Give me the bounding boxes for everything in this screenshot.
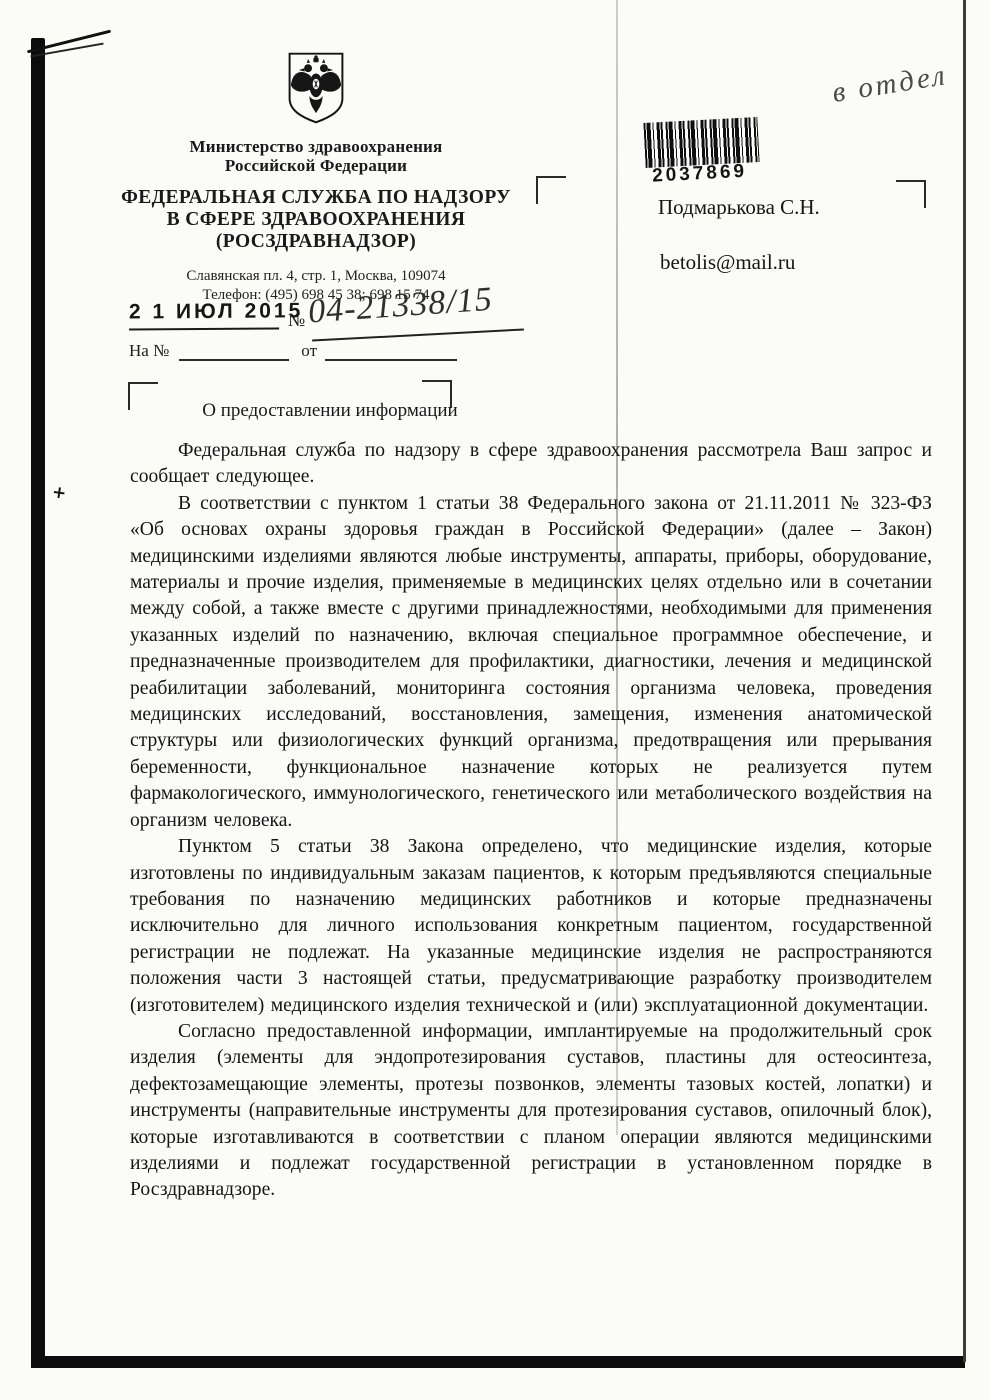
reply-label: На №: [129, 341, 169, 360]
scan-edge-right: [963, 0, 966, 1362]
handwritten-number-underline: [312, 328, 524, 341]
reply-reference-row: На №от: [129, 341, 457, 361]
body-paragraph: В соответствии с пунктом 1 статьи 38 Фед…: [130, 491, 932, 834]
ministry-name-line1: Министерство здравоохранения: [98, 137, 534, 156]
corner-bracket-recipient-right: [896, 180, 926, 208]
recipient-name: Подмарькова С.Н.: [658, 195, 820, 220]
body-paragraph: Согласно предоставленной информации, имп…: [130, 1019, 932, 1204]
reply-date-blank: [325, 343, 457, 361]
ministry-name-line2: Российской Федерации: [98, 156, 534, 175]
service-name-line3: (РОСЗДРАВНАДЗОР): [98, 231, 534, 253]
reply-from-label: от: [301, 341, 317, 360]
scan-edge-bottom: [31, 1356, 965, 1368]
letterhead: Министерство здравоохранения Российской …: [98, 50, 534, 305]
date-stamp: 2 1 ИЮЛ 2015: [129, 299, 279, 330]
scanned-letter-page: +: [0, 0, 990, 1400]
margin-cross-mark: +: [51, 482, 68, 504]
handwritten-note: в отдел: [830, 59, 950, 110]
subject-line: О предоставлении информации: [130, 400, 530, 422]
reply-number-blank: [179, 343, 289, 361]
scan-edge-left: [31, 38, 45, 1368]
corner-bracket-recipient-left: [536, 176, 566, 204]
recipient-email: betolis@mail.ru: [660, 250, 795, 275]
letter-body: Федеральная служба по надзору в сфере зд…: [130, 438, 932, 1204]
service-name-line2: В СФЕРЕ ЗДРАВООХРАНЕНИЯ: [98, 209, 534, 231]
service-name-line1: ФЕДЕРАЛЬНАЯ СЛУЖБА ПО НАДЗОРУ: [98, 187, 534, 209]
body-paragraph: Федеральная служба по надзору в сфере зд…: [130, 438, 932, 491]
barcode: 2037869: [643, 117, 760, 188]
barcode-number: 2037869: [652, 160, 761, 188]
number-label: №: [288, 310, 305, 331]
body-paragraph: Пунктом 5 статьи 38 Закона определено, ч…: [130, 834, 932, 1019]
coat-of-arms-icon: [283, 50, 349, 126]
